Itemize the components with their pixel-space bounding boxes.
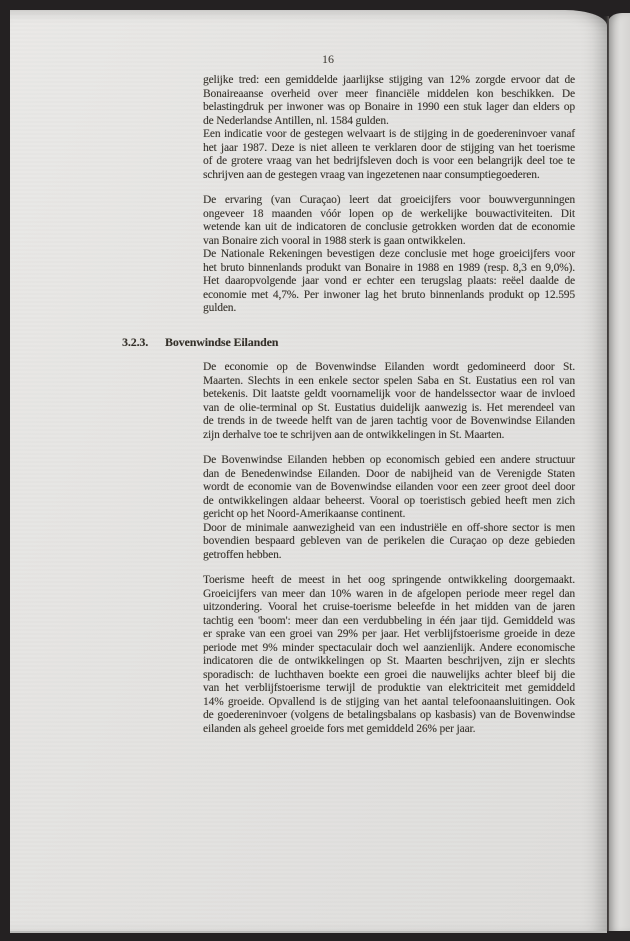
text-line: van het verblijfstoerisme terwijl de pro…	[203, 682, 575, 696]
paragraph: De Nationale Rekeningen bevestigen deze …	[203, 248, 575, 316]
text-line: Groeicijfers van meer dan 10% waren in d…	[203, 588, 575, 602]
paragraph: Door de minimale aanwezigheid van een in…	[203, 522, 575, 563]
text-line: Het daaropvolgende jaar vond er echter e…	[203, 275, 575, 289]
text-line: Bonaireaanse overheid over meer financië…	[203, 88, 575, 102]
text-line: van Bonaire zich vooral in 1988 sterk is…	[203, 235, 575, 249]
page-number: 16	[298, 53, 358, 67]
adjacent-page-edge	[608, 13, 630, 931]
text-line: de ontwikkelingen aldaar beheerst. Voora…	[203, 495, 575, 509]
text-line: wetende kan uit de indicatoren de conclu…	[203, 221, 575, 235]
paragraph: De economie op de Bovenwindse Eilanden w…	[203, 361, 575, 442]
document-page: 16 gelijke tred: een gemiddelde jaarlijk…	[10, 10, 607, 931]
text-line: gulden.	[203, 302, 575, 316]
text-line: het jaar 1987. Deze is niet alleen te ve…	[203, 142, 575, 156]
paragraph: Een indicatie voor de gestegen welvaart …	[203, 128, 575, 182]
text-line: de goedereninvoer (volgens de betalingsb…	[203, 709, 575, 723]
text-line: Maarten. Slechts in een enkele sector sp…	[203, 375, 575, 389]
text-line: bovendien bespaard gebleven van de perik…	[203, 535, 575, 549]
text-column: gelijke tred: een gemiddelde jaarlijkse …	[122, 74, 587, 736]
text-line: belastingdruk per inwoner was op Bonaire…	[203, 101, 575, 115]
text-line: getroffen hebben.	[203, 549, 575, 563]
text-line: er sprake van een groei van 29% per jaar…	[203, 628, 575, 642]
text-line: gelijke tred: een gemiddelde jaarlijkse …	[203, 74, 575, 88]
text-line: van de olie-terminal op St. Eustatius du…	[203, 402, 575, 416]
text-line: betekenis. Dit laatste geldt voornamelij…	[203, 388, 575, 402]
text-line: uitzondering. Vooral het cruise-toerisme…	[203, 601, 575, 615]
text-line: schrijven aan de gestegen vraag van inge…	[203, 169, 575, 183]
text-line: eilanden als geheel groeide fors met gem…	[203, 723, 575, 737]
text-line: de Nederlandse Antillen, nl. 1584 gulden…	[203, 115, 575, 129]
text-line: indicatoren die de ontwikkelingen op St.…	[203, 655, 575, 669]
section-number: 3.2.3.	[122, 336, 165, 350]
paragraph: gelijke tred: een gemiddelde jaarlijkse …	[203, 74, 575, 128]
paragraph: De Bovenwindse Eilanden hebben op econom…	[203, 454, 575, 522]
text-line: De Nationale Rekeningen bevestigen deze …	[203, 248, 575, 262]
text-line: tachtig een 'boom': meer dan een verdubb…	[203, 615, 575, 629]
paragraph: De ervaring (van Curaçao) leert dat groe…	[203, 194, 575, 248]
text-line: ongeveer 18 maanden vóór lopen op de wer…	[203, 208, 575, 222]
text-line: zijn derhalve toe te schrijven aan de on…	[203, 429, 575, 443]
text-line: periode met 9% minder spectaculair doch …	[203, 642, 575, 656]
text-line: gericht op het Noord-Amerikaanse contine…	[203, 508, 575, 522]
paragraph: Toerisme heeft de meest in het oog sprin…	[203, 574, 575, 736]
text-line: De ervaring (van Curaçao) leert dat groe…	[203, 194, 575, 208]
text-line: het bruto binnenlands produkt van Bonair…	[203, 262, 575, 276]
text-line: Door de minimale aanwezigheid van een in…	[203, 522, 575, 536]
text-line: wordt de economie van de Bovenwindse eil…	[203, 481, 575, 495]
text-line: of de grotere vraag van het bedrijfsleve…	[203, 155, 575, 169]
text-line: De economie op de Bovenwindse Eilanden w…	[203, 361, 575, 375]
section-heading: 3.2.3. Bovenwindse Eilanden	[122, 336, 587, 350]
text-line: economie met 4,7%. Per inwoner lag het b…	[203, 289, 575, 303]
section-title: Bovenwindse Eilanden	[165, 336, 278, 350]
text-line: Toerisme heeft de meest in het oog sprin…	[203, 574, 575, 588]
text-line: De Bovenwindse Eilanden hebben op econom…	[203, 454, 575, 468]
text-line: dan de Benedenwindse Eilanden. Door de n…	[203, 468, 575, 482]
text-line: sporadisch: de luchthaven boekte een gro…	[203, 669, 575, 683]
scan-background: 16 gelijke tred: een gemiddelde jaarlijk…	[0, 0, 630, 941]
text-line: Een indicatie voor de gestegen welvaart …	[203, 128, 575, 142]
text-line: de trends in de tweede helft van de jare…	[203, 415, 575, 429]
text-line: 14% groeide. Opvallend is de stijging va…	[203, 696, 575, 710]
